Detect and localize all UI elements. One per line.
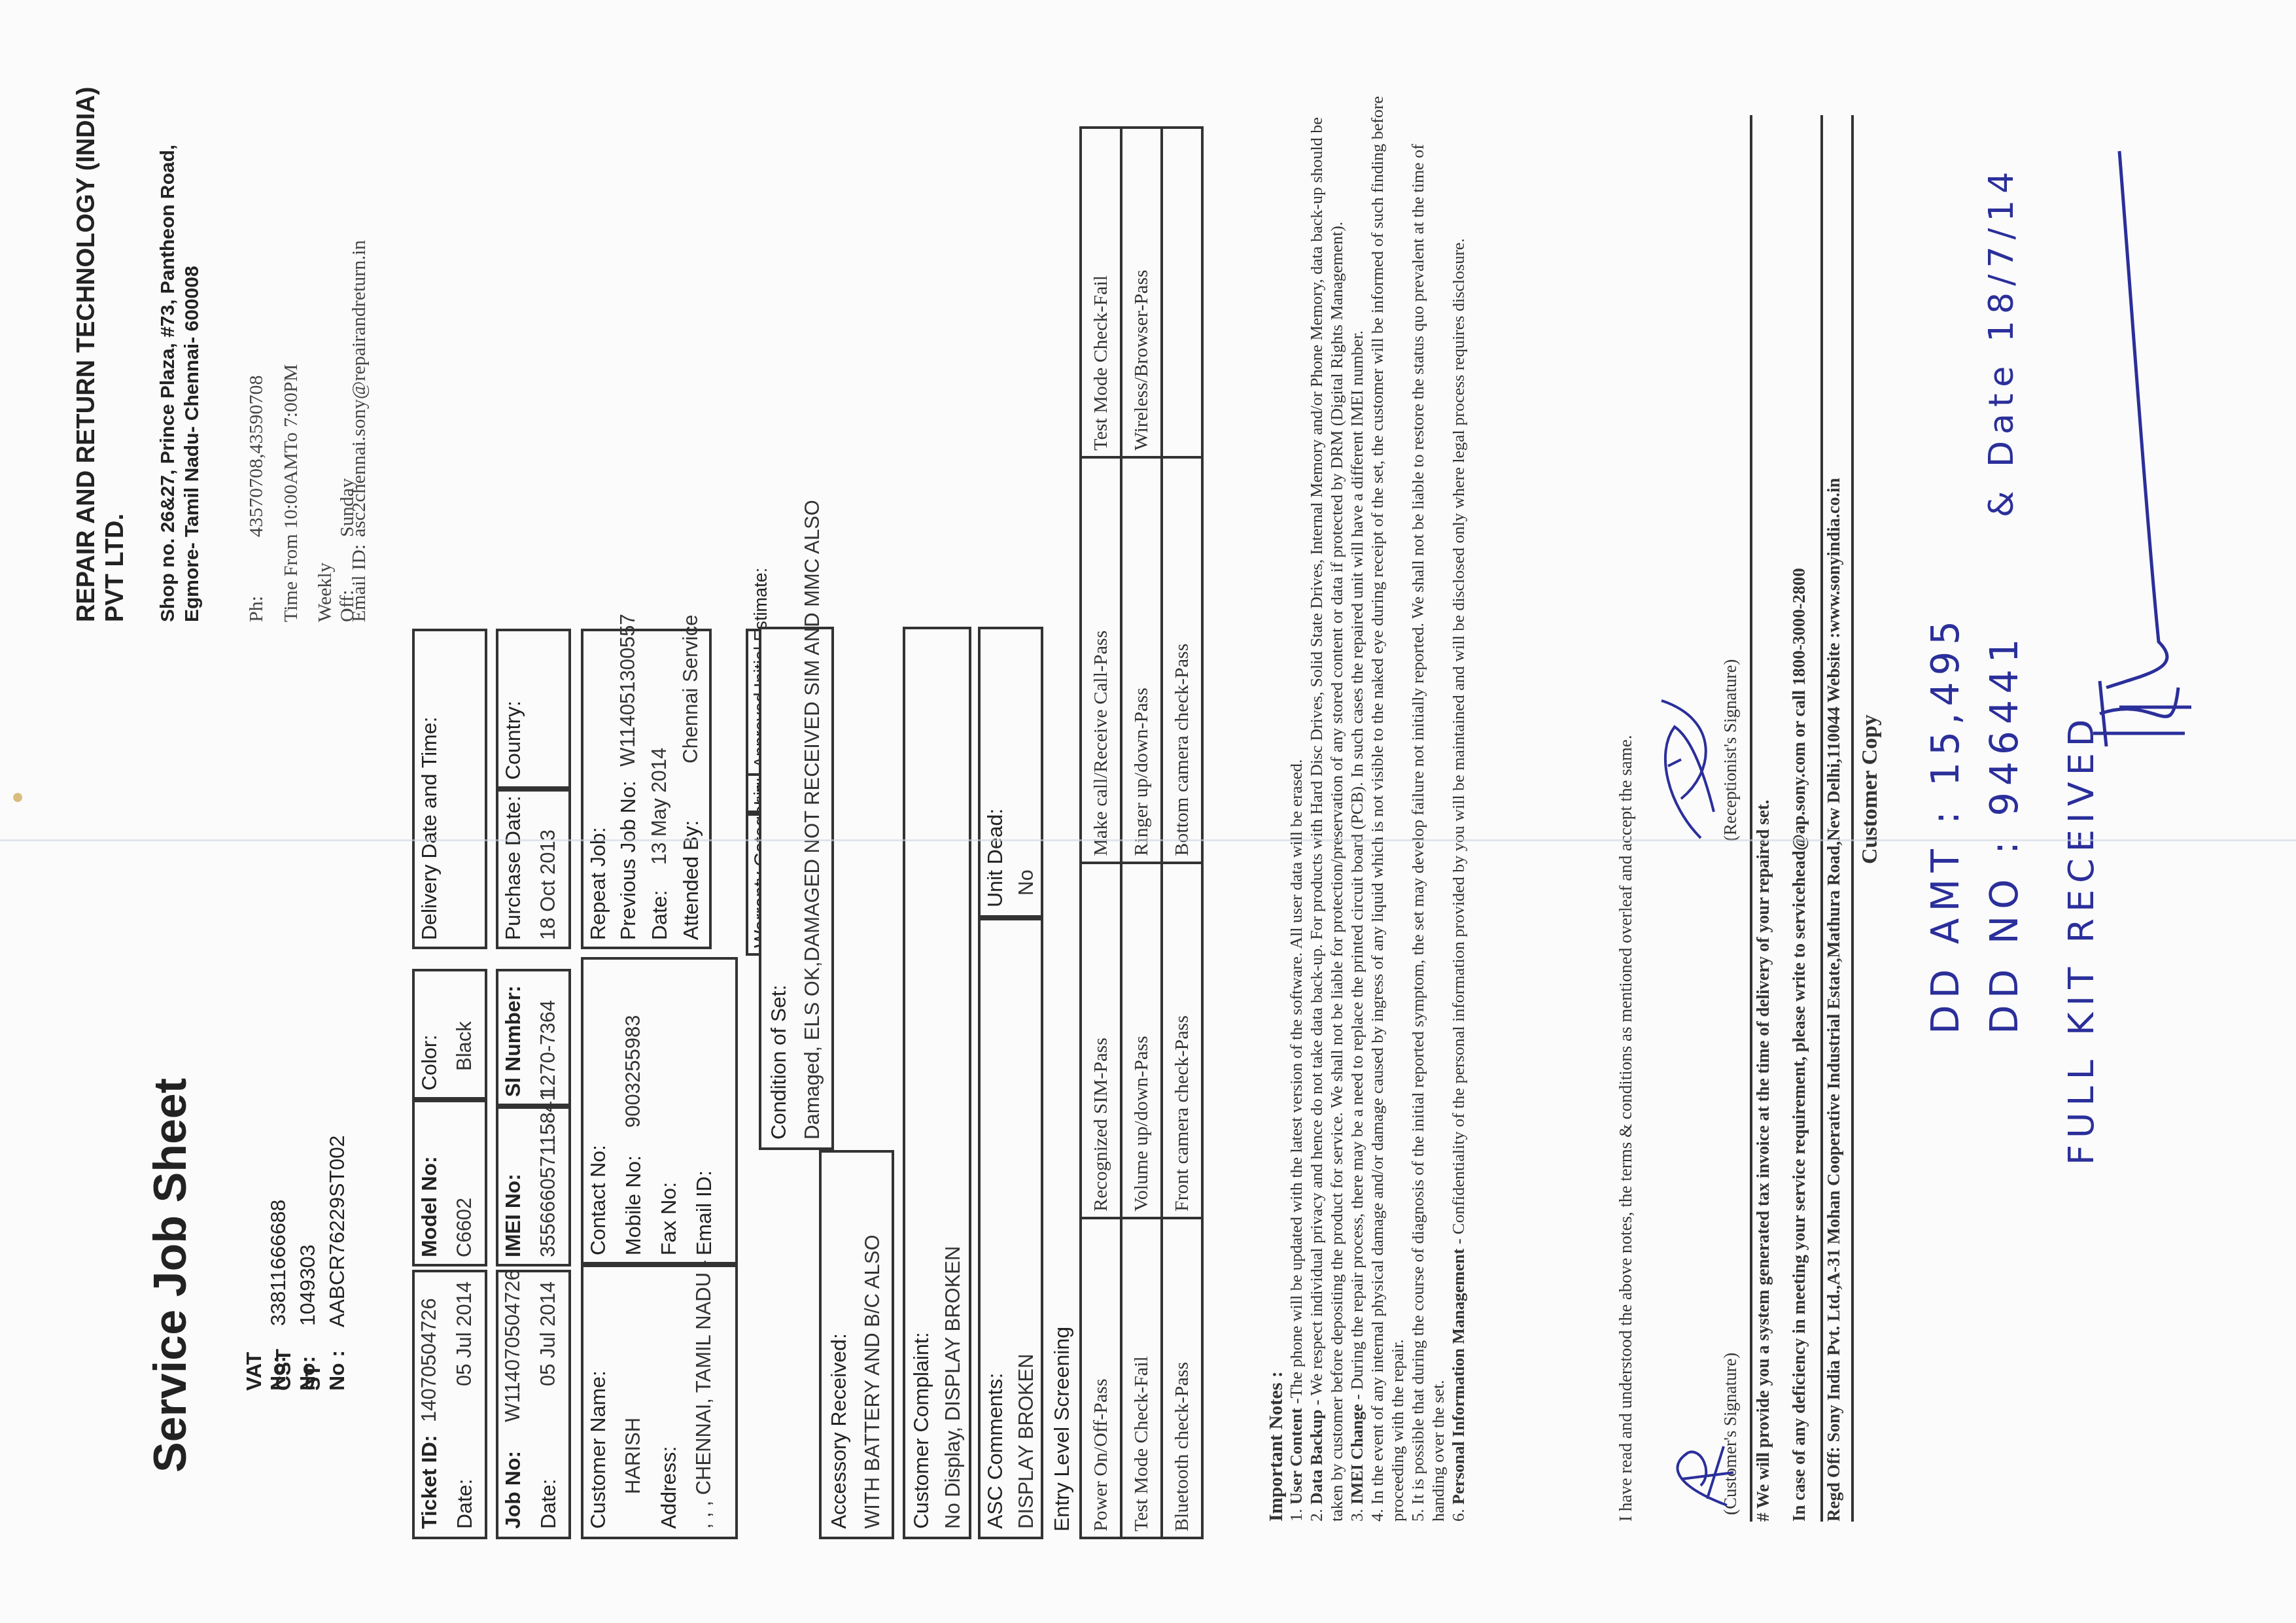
screening-row: Power On/Off-PassRecognized SIM-PassMake… bbox=[1081, 128, 1121, 1538]
footer-divider-1 bbox=[1750, 115, 1752, 1522]
company-hours: Time From 10:00AMTo 7:00PM bbox=[280, 364, 302, 622]
asc-comments-value: DISPLAY BROKEN bbox=[1015, 1353, 1038, 1529]
note-item: 4. In the event of any internal physical… bbox=[1367, 96, 1408, 1522]
color-box: Color: Black bbox=[412, 969, 487, 1100]
purchase-box: Purchase Date: 18 Oct 2013 bbox=[496, 789, 571, 949]
unit-dead-box: Unit Dead: No bbox=[978, 627, 1043, 918]
sl-box: Sl Number: 1270-7364 bbox=[496, 969, 571, 1106]
complaint-value: No Display, DISPLAY BROKEN bbox=[941, 1246, 965, 1529]
screening-cell: Front camera check-Pass bbox=[1162, 863, 1202, 1218]
ticket-id: 14070504726 bbox=[417, 1298, 441, 1422]
footer-divider-2 bbox=[1820, 115, 1823, 1522]
customer-box: Customer Name: HARISH Address: , , , CHE… bbox=[581, 1265, 738, 1539]
previous-job-number: W114051300557 bbox=[616, 614, 640, 767]
imei-value: 355666057115841 bbox=[536, 1090, 560, 1257]
condition-value: Damaged, ELS OK,DAMAGED NOT RECEIVED SIM… bbox=[801, 500, 824, 1140]
job-date: 05 Jul 2014 bbox=[536, 1282, 560, 1386]
contact-box: Contact No: Mobile No: 9003255983 Fax No… bbox=[581, 957, 738, 1265]
condition-box: Condition of Set: Damaged, ELS OK,DAMAGE… bbox=[759, 627, 834, 1150]
customer-signature bbox=[1661, 1420, 1740, 1525]
screening-cell: Volume up/down-Pass bbox=[1121, 863, 1162, 1218]
screening-row: Test Mode Check-FailVolume up/down-PassR… bbox=[1121, 128, 1162, 1538]
screening-cell: Ringer up/down-Pass bbox=[1121, 457, 1162, 863]
st-row: ST No : AABCR76229ST002 bbox=[301, 1135, 349, 1391]
notes-heading: Important Notes : bbox=[1266, 96, 1286, 1522]
model-value: C6602 bbox=[453, 1198, 476, 1257]
screening-cell: Test Mode Check-Fail bbox=[1121, 1218, 1162, 1538]
screening-cell: Bluetooth check-Pass bbox=[1162, 1218, 1202, 1538]
ticket-date: 05 Jul 2014 bbox=[453, 1282, 476, 1386]
company-name: REPAIR AND RETURN TECHNOLOGY (INDIA) PVT… bbox=[72, 60, 130, 622]
customer-address: , , , CHENNAI, TAMIL NADU - bbox=[692, 1260, 716, 1529]
complaint-box: Customer Complaint: No Display, DISPLAY … bbox=[903, 627, 971, 1539]
note-item: 3. IMEI Change - During the repair proce… bbox=[1347, 96, 1367, 1522]
screening-title: Entry Level Screening bbox=[1050, 1327, 1074, 1531]
notes-list: 1. User Content -The phone will be updat… bbox=[1286, 96, 1469, 1522]
footer-divider-3 bbox=[1851, 115, 1854, 1522]
punch-mark bbox=[13, 793, 22, 802]
handwritten-signature bbox=[2080, 118, 2211, 773]
page-title: Service Job Sheet bbox=[144, 1078, 196, 1473]
screening-table: Power On/Off-PassRecognized SIM-PassMake… bbox=[1079, 126, 1204, 1539]
screening-cell: Power On/Off-Pass bbox=[1081, 1218, 1121, 1538]
screening-row: Bluetooth check-PassFront camera check-P… bbox=[1162, 128, 1202, 1538]
service-job-sheet-page: Service Job Sheet VAT No: 33811666688 CS… bbox=[0, 0, 2296, 1623]
handwritten-dd-amount: DD AMT : 15,495 bbox=[1923, 614, 1968, 1034]
note-item: 1. User Content -The phone will be updat… bbox=[1286, 96, 1306, 1522]
repeat-job-box: Repeat Job: Previous Job No: W1140513005… bbox=[581, 629, 712, 949]
imei-box: IMEI No: 355666057115841 bbox=[496, 1106, 571, 1266]
job-number: W114070504726 bbox=[501, 1269, 525, 1422]
acceptance-text: I have read and understood the above not… bbox=[1616, 735, 1636, 1522]
unit-dead-value: No bbox=[1015, 869, 1038, 896]
attended-by: Chennai Service bbox=[679, 615, 703, 763]
country-box: Country: bbox=[496, 629, 571, 789]
note-item: 5. It is possible that during the course… bbox=[1408, 96, 1448, 1522]
note-item: 2. Data Backup - We respect individual p… bbox=[1306, 96, 1347, 1522]
color-value: Black bbox=[453, 1021, 476, 1071]
receptionist-signature bbox=[1642, 694, 1733, 851]
purchase-date: 18 Oct 2013 bbox=[536, 829, 560, 940]
screening-cell: Wireless/Browser-Pass bbox=[1121, 128, 1162, 457]
asc-comments-box: ASC Comments: DISPLAY BROKEN bbox=[978, 918, 1043, 1539]
company-email: Email ID:asc2chennai.sony@repairandretur… bbox=[348, 60, 370, 622]
previous-job-date: 13 May 2014 bbox=[648, 748, 671, 865]
st-value: AABCR76229ST002 bbox=[325, 1135, 349, 1327]
mobile-number: 9003255983 bbox=[621, 1015, 645, 1128]
fold-line bbox=[0, 839, 2296, 841]
screening-cell: Recognized SIM-Pass bbox=[1081, 863, 1121, 1218]
customer-name: HARISH bbox=[621, 1418, 645, 1494]
company-phone: Ph:43570708,43590708 bbox=[245, 375, 268, 623]
handwritten-full-kit-received: FULL KIT RECEIVED bbox=[2061, 713, 2102, 1165]
customer-copy-label: Customer Copy bbox=[1858, 714, 1883, 864]
sl-value: 1270-7364 bbox=[536, 1000, 560, 1097]
job-box: Job No: W114070504726 Date: 05 Jul 2014 bbox=[496, 1270, 571, 1539]
accessory-box: Accessory Received: WITH BATTERY AND B/C… bbox=[819, 1150, 894, 1539]
regd-office: Regd Off: Sony India Pvt. Ltd.,A-31 Moha… bbox=[1824, 478, 1844, 1522]
delivery-box: Delivery Date and Time: bbox=[412, 629, 487, 949]
screening-cell: Make call/Receive Call-Pass bbox=[1081, 457, 1121, 863]
deficiency-note: In case of any deficiency in meeting you… bbox=[1789, 568, 1809, 1522]
handwritten-date: & Date 18/7/14 bbox=[1982, 166, 2021, 517]
ticket-box: Ticket ID: 14070504726 Date: 05 Jul 2014 bbox=[412, 1270, 487, 1539]
invoice-note: # We will provide you a system generated… bbox=[1753, 799, 1773, 1522]
important-notes: Important Notes : 1. User Content -The p… bbox=[1266, 96, 1469, 1522]
handwritten-dd-number: DD NO : 946441 bbox=[1982, 632, 2026, 1034]
accessory-value: WITH BATTERY AND B/C ALSO bbox=[861, 1234, 884, 1529]
screening-cell: Test Mode Check-Fail bbox=[1081, 128, 1121, 457]
note-item: 6. Personal Information Management - Con… bbox=[1448, 96, 1469, 1522]
model-box: Model No: C6602 bbox=[412, 1100, 487, 1266]
company-address: Shop no. 26&27, Prince Plaza, #73, Panth… bbox=[156, 60, 204, 622]
screening-cell: Bottom camera check-Pass bbox=[1162, 457, 1202, 863]
screening-cell bbox=[1162, 128, 1202, 457]
